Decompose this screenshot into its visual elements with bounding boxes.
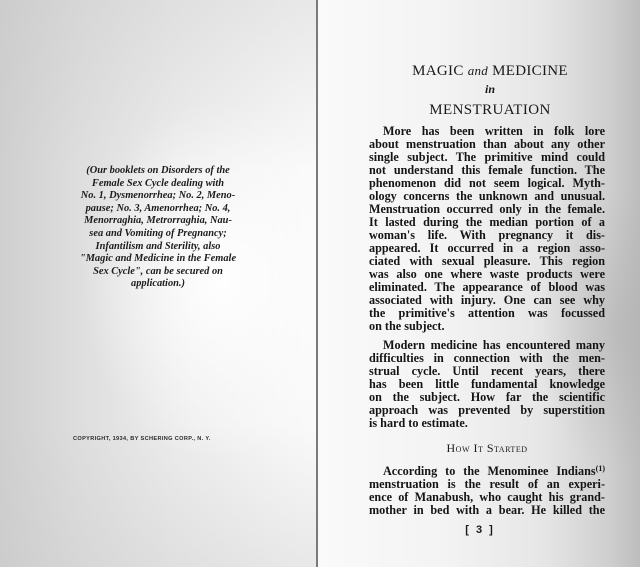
note-line: Menorraghia, Metrorraghia, Nau-	[60, 215, 256, 228]
footnote-reference: (1)	[596, 464, 605, 473]
book-spread: (Our booklets on Disorders of the Female…	[0, 0, 640, 567]
title-conjunction: and	[468, 63, 488, 78]
text-line: is hard to estimate.	[369, 417, 605, 430]
booklet-note: (Our booklets on Disorders of the Female…	[60, 165, 256, 291]
note-line: Infantilism and Sterility, also	[60, 241, 256, 254]
note-line: (Our booklets on Disorders of the	[60, 165, 256, 178]
copyright-notice: COPYRIGHT, 1934, BY SCHERING CORP., N. Y…	[73, 436, 263, 442]
section-heading: How It Started	[369, 441, 605, 456]
title-word: MAGIC	[412, 63, 468, 79]
text-line-content: According to the Menominee Indians	[383, 464, 596, 478]
paragraph-2: Modern medicine has encountered many dif…	[369, 339, 605, 430]
title-line-3: MENSTRUATION	[360, 101, 620, 119]
text-line: According to the Menominee Indians(1)	[369, 462, 605, 478]
text-line: on the subject.	[369, 320, 605, 333]
note-line: sea and Vomiting of Pregnancy;	[60, 228, 256, 241]
text-line: mother in bed with a bear. He killed the	[369, 504, 605, 517]
note-line: pause; No. 3, Amenorrhea; No. 4,	[60, 203, 256, 216]
note-line: application.)	[60, 278, 256, 291]
page-number: [ 3 ]	[440, 524, 520, 536]
title-word: MEDICINE	[488, 63, 568, 79]
note-line: "Magic and Medicine in the Female	[60, 253, 256, 266]
note-line: Female Sex Cycle dealing with	[60, 178, 256, 191]
paragraph-3: According to the Menominee Indians(1) me…	[369, 462, 605, 517]
title-line-1: MAGIC and MEDICINE	[360, 62, 620, 80]
note-line: Sex Cycle", can be secured on	[60, 266, 256, 279]
paragraph-1: More has been written in folk lore about…	[369, 125, 605, 333]
title-line-2: in	[360, 82, 620, 96]
chapter-title: MAGIC and MEDICINE in MENSTRUATION	[360, 62, 620, 119]
note-line: No. 1, Dysmenorrhea; No. 2, Meno-	[60, 190, 256, 203]
